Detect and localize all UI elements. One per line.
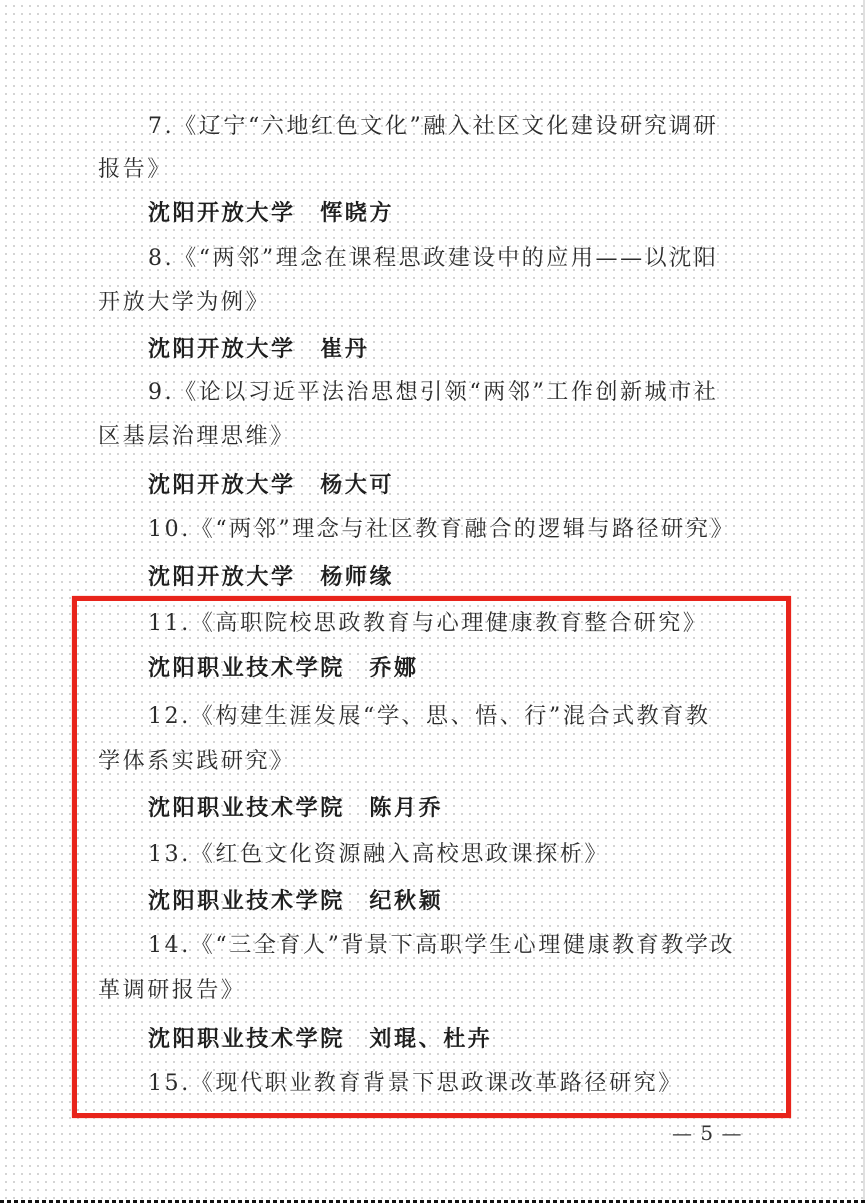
entry-7-title-line-1: 7.《辽宁“六地红色文化”融入社区文化建设研究调研 xyxy=(148,112,719,142)
entry-14-title-line-2: 革调研报告》 xyxy=(98,976,246,1006)
entry-13-affiliation: 沈阳职业技术学院 纪秋颖 xyxy=(148,886,443,916)
entry-11-title-line-1: 11.《高职院校思政教育与心理健康教育整合研究》 xyxy=(148,609,707,639)
entry-10-title-line-1: 10.《“两邻”理念与社区教育融合的逻辑与路径研究》 xyxy=(148,515,735,545)
entry-8-title-line-1: 8.《“两邻”理念在课程思政建设中的应用——以沈阳 xyxy=(148,244,719,274)
entry-7-title-line-2: 报告》 xyxy=(98,155,172,185)
entry-12-title-line-1: 12.《构建生涯发展“学、思、悟、行”混合式教育教 xyxy=(148,702,710,732)
entry-7-affiliation: 沈阳开放大学 恽晓方 xyxy=(148,198,394,228)
entry-13-title-line-1: 13.《红色文化资源融入高校思政课探析》 xyxy=(148,840,609,870)
entry-11-affiliation: 沈阳职业技术学院 乔娜 xyxy=(148,653,419,683)
entry-9-title-line-1: 9.《论以习近平法治思想引领“两邻”工作创新城市社 xyxy=(148,378,719,408)
page-number: — 5 — xyxy=(672,1119,742,1147)
entry-8-affiliation: 沈阳开放大学 崔丹 xyxy=(148,334,369,364)
entry-14-title-line-1: 14.《“三全育人”背景下高职学生心理健康教育教学改 xyxy=(148,931,735,961)
entry-8-title-line-2: 开放大学为例》 xyxy=(98,288,270,318)
entry-15-title-line-1: 15.《现代职业教育背景下思政课改革路径研究》 xyxy=(148,1069,683,1099)
entry-12-affiliation: 沈阳职业技术学院 陈月乔 xyxy=(148,793,443,823)
entry-14-affiliation: 沈阳职业技术学院 刘琨、杜卉 xyxy=(148,1024,492,1054)
entry-9-title-line-2: 区基层治理思维》 xyxy=(98,422,295,452)
entry-10-affiliation: 沈阳开放大学 杨师缘 xyxy=(148,562,394,592)
entry-9-affiliation: 沈阳开放大学 杨大可 xyxy=(148,470,394,500)
entry-12-title-line-2: 学体系实践研究》 xyxy=(98,747,295,777)
